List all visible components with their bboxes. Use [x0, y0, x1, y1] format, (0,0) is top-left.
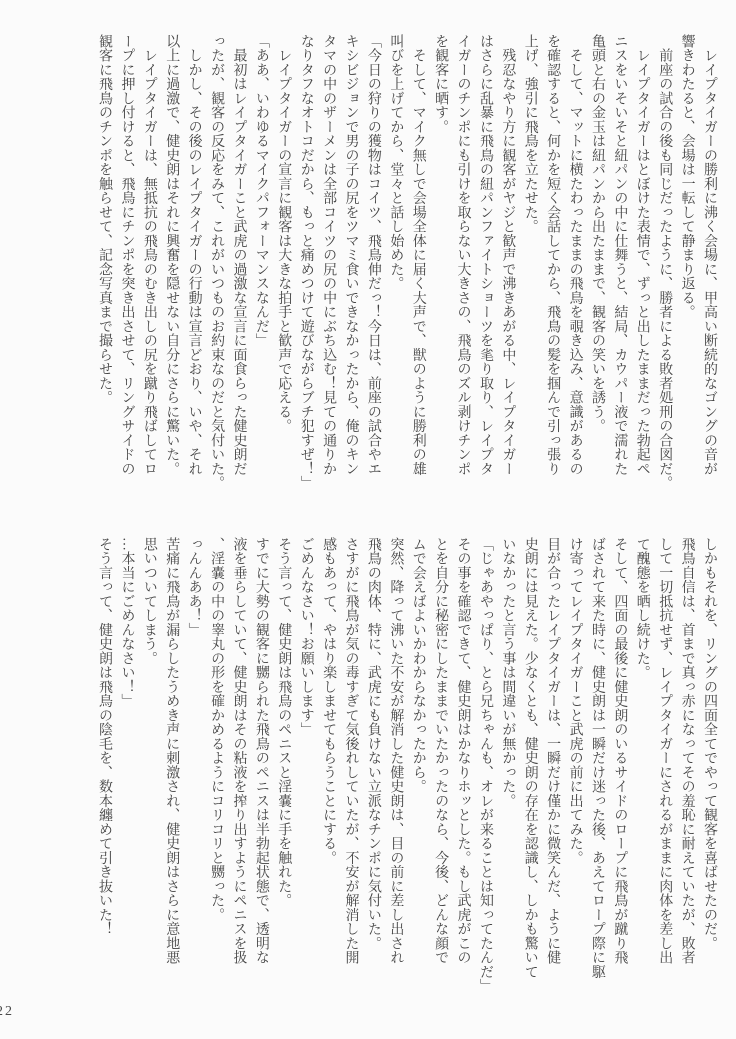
text-column: ープに押し付けると、飛鳥にチンポを突き出させて、リングサイドの: [115, 34, 137, 492]
text-column: タマの中のザーメンは全部コイツの尻の中にぶち込む！見ての通りか: [317, 34, 339, 492]
text-column: 「ああ、いわゆるマイクパフォーマンスなんだ」: [249, 34, 271, 492]
text-column: 史朗には見えた。少なくとも、健史朗の存在を認識し、しかも驚いて: [518, 537, 540, 969]
text-column: け寄ってレイプタイガーこと武虎の前に出てみた。: [563, 537, 585, 969]
text-column: …本当にごめんなさい！」: [115, 537, 137, 969]
text-column: ったが、観客の反応をみて、これがいつものお約束なのだと気付いた。: [205, 34, 227, 492]
text-column: 目が合ったレイプタイガーは、一瞬だけ僅かに微笑んだ、ように健: [541, 537, 563, 969]
text-column: そう言って、健史朗は飛鳥のペニスと淫嚢に手を触れた。: [272, 537, 294, 969]
text-column: 感もあって、やはり楽しませてもらうことにする。: [317, 537, 339, 969]
text-column: はさらに乱暴に飛鳥の紐パンファイトショーツを毟り取り、レイプタ: [474, 34, 496, 492]
text-column: 、淫嚢の中の睾丸の形を確かめるようにコリコリと嬲った。: [205, 537, 227, 969]
text-column: そして、マイク無しで会場全体に届く大声で、獣のように勝利の雄: [406, 34, 428, 492]
text-column: 亀頭と右の金玉は紐パンから出たままで、観客の笑いを誘う。: [586, 34, 608, 492]
text-column: を確認すると、何かを短く会話してから、飛鳥の髪を掴んで引っ張り: [541, 34, 563, 492]
text-column: 残忍なやり方に観客がヤジと歓声で沸きあがる中、レイプタイガー: [496, 34, 518, 492]
text-column: しかもそれを、リングの四面全てでやって観客を喜ばせたのだ。: [698, 537, 720, 969]
text-column: 上げ、強引に飛鳥を立たせた。: [518, 34, 540, 492]
text-column: さすがに飛鳥が気の毒すぎて気後れしていたが、不安が解消した開: [339, 537, 361, 969]
text-column: 飛鳥自信は、首まで真っ赤になってその羞恥に耐えていたが、敗者: [675, 537, 697, 969]
top-text-block: レイプタイガーの勝利に沸く会場に、甲高い断続的なゴングの音が響きわたると、会場は…: [92, 34, 720, 492]
bottom-text-block: しかもそれを、リングの四面全てでやって観客を喜ばせたのだ。飛鳥自信は、首まで真っ…: [92, 537, 720, 969]
text-column: そして、マットに横たわったままの飛鳥を覗き込み、意識があるの: [563, 34, 585, 492]
text-column: レイプタイガーの宣言に観客は大きな拍手と歓声で応える。: [272, 34, 294, 492]
text-column: イガーのチンポにも引けを取らない大きさの、飛鳥のズル剥けチンポ: [451, 34, 473, 492]
text-column: 叫びを上げてから、堂々と話し始めた。: [384, 34, 406, 492]
text-column: すでに大勢の観客に嬲られた飛鳥のペニスは半勃起状態で、透明な: [249, 537, 271, 969]
text-column: 液を垂らしていて、健史朗はその粘液を搾り出すようにペニスを扱: [227, 537, 249, 969]
text-column: 最初はレイプタイガーこと武虎の過激な宣言に面食らった健史朗だ: [227, 34, 249, 492]
text-column: レイプタイガーはとぼけた表情で、ずっと出したままだった勃起ペ: [630, 34, 652, 492]
text-column: とを自分に秘密にしたままでいたかったのなら、今後、どんな顔で: [429, 537, 451, 969]
text-column: を観客に晒す。: [429, 34, 451, 492]
text-column: レイプタイガーは、無抵抗の飛鳥のむき出しの尻を蹴り飛ばしてロ: [137, 34, 159, 492]
page-number: 22: [0, 1004, 14, 1020]
text-column: 「今日の狩りの獲物はコイツ、飛鳥伸だっ！今日は、前座の試合やエ: [362, 34, 384, 492]
text-column: 「じゃあやっぱり、とら兄ちゃんも、オレが来ることは知ってたんだ」: [474, 537, 496, 969]
text-column: ニスをいそいそと紐パンの中に仕舞うと、結局、カウパー液で濡れた: [608, 34, 630, 492]
text-column: っんんああ！」: [182, 537, 204, 969]
text-column: ムで会えばよいかわからなかったから。: [406, 537, 428, 969]
text-column: て醜態を晒し続けた。: [630, 537, 652, 969]
text-column: 飛鳥の肉体、特に、武虎にも負けない立派なチンポに気付いた。: [362, 537, 384, 969]
text-column: そう言って、健史朗は飛鳥の陰毛を、数本纏めて引き抜いた！: [93, 537, 115, 969]
text-column: キシビジョンで男の子の尻をツマミ食いできなかったから、俺のキン: [339, 34, 361, 492]
text-column: 以上に過激で、健史朗はそれに興奮を隠せない自分にさらに驚いた。: [160, 34, 182, 492]
text-column: 突然、降って沸いた不安が解消した健史朗は、目の前に差し出され: [384, 537, 406, 969]
text-column: いなかったと言う事は間違いが無かった。: [496, 537, 518, 969]
text-column: レイプタイガーの勝利に沸く会場に、甲高い断続的なゴングの音が: [698, 34, 720, 492]
text-column: 思いついてしまう。: [137, 537, 159, 969]
text-column: ごめんなさい！お願いします」: [294, 537, 316, 969]
text-column: ばされて来た時に、健史朗は一瞬だけ迷った後、あえてロープ際に駆: [586, 537, 608, 969]
text-column: 響きわたると、会場は一転して静まり返る。: [675, 34, 697, 492]
text-column: 前座の試合の後も同じだったように、勝者による敗者処刑の合図だ。: [653, 34, 675, 492]
text-column: 苦痛に飛鳥が漏らしたうめき声に刺激され、健史朗はさらに意地悪: [160, 537, 182, 969]
text-column: そして、四面の最後に健史朗のいるサイドのロープに飛鳥が蹴り飛: [608, 537, 630, 969]
text-column: その事を確認できて、健史朗はかなりホッとした。もし武虎がこの: [451, 537, 473, 969]
book-page: レイプタイガーの勝利に沸く会場に、甲高い断続的なゴングの音が響きわたると、会場は…: [0, 0, 736, 1039]
text-column: 観客に飛鳥のチンポを触らせて、記念写真まで撮らせた。: [93, 34, 115, 492]
text-column: しかし、その後のレイプタイガーの行動は宣言どおり、いや、それ: [182, 34, 204, 492]
text-column: なりタフなオトコだから、もっと痛めつけて遊びながらブチ犯すぜ！」: [294, 34, 316, 492]
text-column: して一切抵抗せず、レイプタイガーにされるがままに肉体を差し出: [653, 537, 675, 969]
